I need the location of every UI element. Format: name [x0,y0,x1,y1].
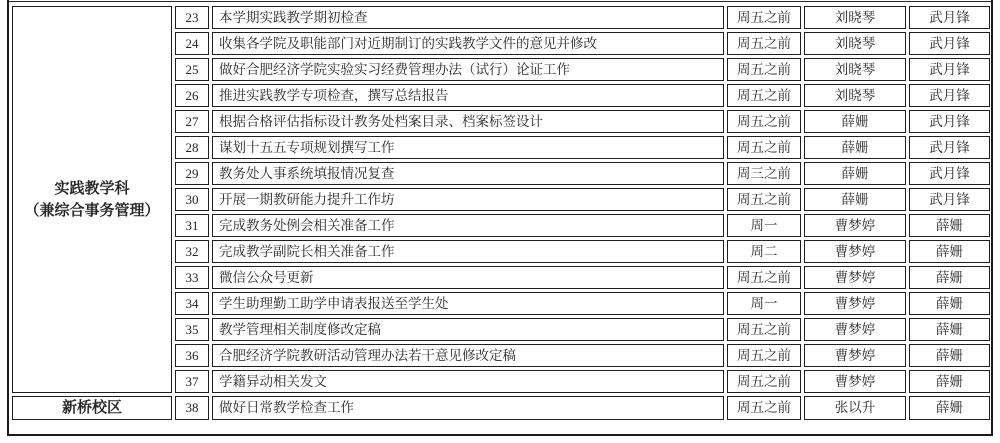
deadline: 周一 [727,292,801,315]
group-cell-practice-teaching: 实践教学科 （兼综合事务管理） [12,6,172,393]
owner-name: 刘晓琴 [804,6,906,29]
row-number: 28 [175,136,209,159]
row-number: 38 [175,396,209,420]
deadline: 周五之前 [727,188,801,211]
task-description: 微信公众号更新 [212,266,724,289]
reviewer-name: 武月锋 [909,6,990,29]
row-number: 25 [175,58,209,81]
row-number: 37 [175,370,209,393]
task-description: 做好合肥经济学院实验实习经费管理办法（试行）论证工作 [212,58,724,81]
reviewer-name: 薛姗 [909,396,990,420]
deadline: 周五之前 [727,6,801,29]
task-table-container: 实践教学科 （兼综合事务管理） 23 本学期实践教学期初检查 周五之前 刘晓琴 … [7,0,993,436]
owner-name: 薛姗 [804,162,906,185]
owner-name: 曹梦婷 [804,292,906,315]
task-description: 完成教务处例会相关准备工作 [212,214,724,237]
reviewer-name: 薛姗 [909,240,990,263]
reviewer-name: 武月锋 [909,136,990,159]
row-number: 36 [175,344,209,367]
deadline: 周五之前 [727,370,801,393]
task-description: 教务处人事系统填报情况复查 [212,162,724,185]
owner-name: 曹梦婷 [804,240,906,263]
reviewer-name: 薛姗 [909,370,990,393]
task-description: 收集各学院及职能部门对近期制订的实践教学文件的意见并修改 [212,32,724,55]
table-row: 实践教学科 （兼综合事务管理） 23 本学期实践教学期初检查 周五之前 刘晓琴 … [12,6,990,29]
owner-name: 曹梦婷 [804,266,906,289]
row-number: 26 [175,84,209,107]
row-number: 27 [175,110,209,133]
task-description: 教学管理相关制度修改定稿 [212,318,724,341]
deadline: 周五之前 [727,110,801,133]
deadline: 周五之前 [727,344,801,367]
reviewer-name: 武月锋 [909,84,990,107]
row-number: 30 [175,188,209,211]
previous-row-border-sliver [9,1,991,2]
task-description: 完成教学副院长相关准备工作 [212,240,724,263]
task-description: 学生助理勤工助学申请表报送至学生处 [212,292,724,315]
row-number: 34 [175,292,209,315]
owner-name: 曹梦婷 [804,370,906,393]
owner-name: 刘晓琴 [804,58,906,81]
deadline: 周二 [727,240,801,263]
task-description: 谋划十五五专项规划撰写工作 [212,136,724,159]
task-description: 学籍异动相关发文 [212,370,724,393]
owner-name: 曹梦婷 [804,318,906,341]
owner-name: 刘晓琴 [804,84,906,107]
deadline: 周五之前 [727,58,801,81]
deadline: 周五之前 [727,84,801,107]
deadline: 周一 [727,214,801,237]
deadline: 周五之前 [727,318,801,341]
task-description: 合肥经济学院教研活动管理办法若干意见修改定稿 [212,344,724,367]
table-row: 新桥校区 38 做好日常教学检查工作 周五之前 张以升 薛姗 [12,396,990,420]
reviewer-name: 武月锋 [909,110,990,133]
deadline: 周五之前 [727,136,801,159]
page-background: 实践教学科 （兼综合事务管理） 23 本学期实践教学期初检查 周五之前 刘晓琴 … [0,0,1000,443]
row-number: 24 [175,32,209,55]
owner-name: 张以升 [804,396,906,420]
reviewer-name: 薛姗 [909,266,990,289]
row-number: 29 [175,162,209,185]
task-description: 根据合格评估指标设计教务处档案目录、档案标签设计 [212,110,724,133]
deadline: 周五之前 [727,32,801,55]
reviewer-name: 武月锋 [909,32,990,55]
reviewer-name: 薛姗 [909,292,990,315]
group-cell-xinqiao-campus: 新桥校区 [12,396,172,420]
task-description: 做好日常教学检查工作 [212,396,724,420]
reviewer-name: 武月锋 [909,188,990,211]
owner-name: 曹梦婷 [804,344,906,367]
row-number: 31 [175,214,209,237]
row-number: 32 [175,240,209,263]
owner-name: 薛姗 [804,188,906,211]
reviewer-name: 薛姗 [909,344,990,367]
deadline: 周五之前 [727,396,801,420]
row-number: 23 [175,6,209,29]
row-number: 35 [175,318,209,341]
reviewer-name: 薛姗 [909,214,990,237]
deadline: 周五之前 [727,266,801,289]
task-description: 推进实践教学专项检查，撰写总结报告 [212,84,724,107]
group-label-line1: 实践教学科 [13,178,171,200]
group-label-line2: （兼综合事务管理） [13,200,171,222]
task-description: 开展一期教研能力提升工作坊 [212,188,724,211]
owner-name: 薛姗 [804,110,906,133]
owner-name: 刘晓琴 [804,32,906,55]
row-number: 33 [175,266,209,289]
task-description: 本学期实践教学期初检查 [212,6,724,29]
reviewer-name: 武月锋 [909,58,990,81]
owner-name: 曹梦婷 [804,214,906,237]
owner-name: 薛姗 [804,136,906,159]
deadline: 周三之前 [727,162,801,185]
weekly-task-table: 实践教学科 （兼综合事务管理） 23 本学期实践教学期初检查 周五之前 刘晓琴 … [9,3,993,423]
reviewer-name: 薛姗 [909,318,990,341]
reviewer-name: 武月锋 [909,162,990,185]
